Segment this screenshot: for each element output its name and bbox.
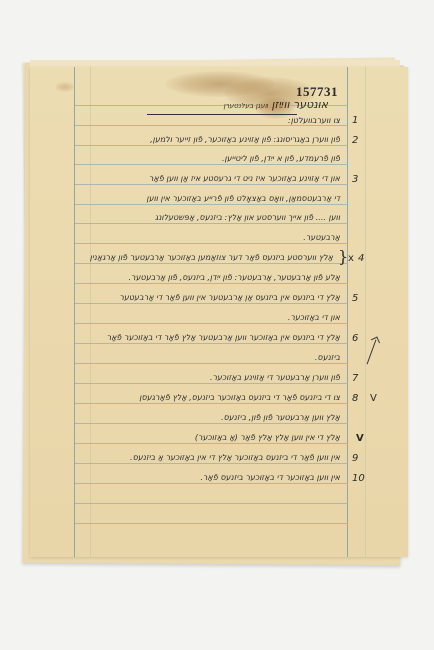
rule-line [75, 483, 348, 484]
rule-line [75, 383, 348, 384]
item-number: 3 [352, 174, 358, 185]
check-mark: V [370, 393, 377, 404]
item-line: די אַרבעטסמאַן, וואָס באַצאָלט פֿון פֿרי… [146, 194, 340, 204]
item-number: 2 [352, 135, 358, 146]
rule-line [75, 343, 348, 344]
rule-line [75, 463, 348, 464]
item-line: אַלץ די ביזנעס אין ביזנעס אַן אַרבעטער א… [119, 293, 340, 303]
item-line: אַלץ ווערסטע ביזנעס פֿאַר דער צוזאַמען ב… [90, 253, 333, 263]
item-line: פֿון פֿרעמדע, פֿון א ייִדן, פֿון ליטייען… [222, 154, 340, 164]
item-number: 1 [352, 115, 358, 126]
item-margin-mark: x [348, 253, 354, 264]
item-line: אַלץ ווען אַרבעטער פֿון פֿון, ביזנעס. [221, 413, 340, 423]
rule-line [75, 283, 348, 284]
title-subtitle: װעגן בעלנטערן [223, 102, 268, 110]
item-line: פֿון ווערן אַרבעטער די אַזוינע באַזוכער. [210, 373, 340, 383]
item-line: אַרבעטער. [303, 233, 340, 243]
rule-line [75, 303, 348, 304]
rule-line [75, 145, 348, 146]
rule-line [75, 223, 348, 224]
rule-line [75, 523, 348, 524]
item-line: ווען .... פֿון אייך ווערסטע און אַלץ: בי… [155, 213, 340, 223]
item-number: 7 [352, 373, 358, 384]
arrow-mark [367, 340, 377, 365]
rule-line [75, 204, 348, 205]
item-line: צו ווערבוועלטן: [288, 116, 340, 126]
item-number: 10 [352, 473, 365, 484]
rule-line [75, 323, 348, 324]
document-page: 157731 אונטער ווײַזן װעגן בעלנטערן 1 צו … [30, 67, 408, 557]
item-number: 8 [352, 393, 358, 404]
item-line: אין ווען פֿאַר די ביזנעס באַזוכער אַלץ ד… [130, 453, 340, 463]
item-line: פֿון ווערן באַגריסונג: פֿון אַזוינע באַז… [150, 135, 340, 145]
item-line: אין ווען באַזוכער די באַזוכער ביזנעס פֿא… [200, 473, 340, 483]
rule-line [75, 423, 348, 424]
item-line: און די באַזוכער. [288, 313, 340, 323]
item-line: אַלץ די ביזנעס אין באַזוכער ווען אַרבעטע… [107, 333, 340, 343]
document-title: אונטער ווײַזן װעגן בעלנטערן [217, 98, 328, 111]
brace-mark: } [338, 247, 348, 266]
title-main: אונטער ווײַזן [272, 98, 328, 111]
item-line: ביזנעס. [315, 353, 340, 363]
rule-line [75, 164, 348, 165]
rule-line [75, 263, 348, 264]
rule-line [75, 363, 348, 364]
rule-line [75, 503, 348, 504]
item-line: און די אַזוינע באַזוכער איז ניט די גרעסט… [149, 174, 340, 184]
item-number: 4 [358, 253, 364, 264]
rule-line [75, 184, 348, 185]
item-line: צו די ביזנעס פֿאַר די ביזנעס באַזוכער בי… [139, 393, 340, 403]
item-line: אַלע פֿון אַרבעטער, אַרבעטער: פֿון ייִדן… [128, 273, 340, 283]
title-underline [147, 114, 297, 115]
right-faint-line [365, 67, 366, 557]
item-number: 6 [352, 333, 358, 344]
check-mark: V [356, 433, 364, 444]
stain [55, 82, 75, 92]
rule-line [75, 403, 348, 404]
rule-line [75, 443, 348, 444]
item-number: 5 [352, 293, 358, 304]
item-number: 9 [352, 453, 358, 464]
rule-line [75, 243, 348, 244]
item-line: אַלץ די אין ווען אַלץ אַלץ פֿאַר (אַ באַ… [195, 433, 340, 443]
